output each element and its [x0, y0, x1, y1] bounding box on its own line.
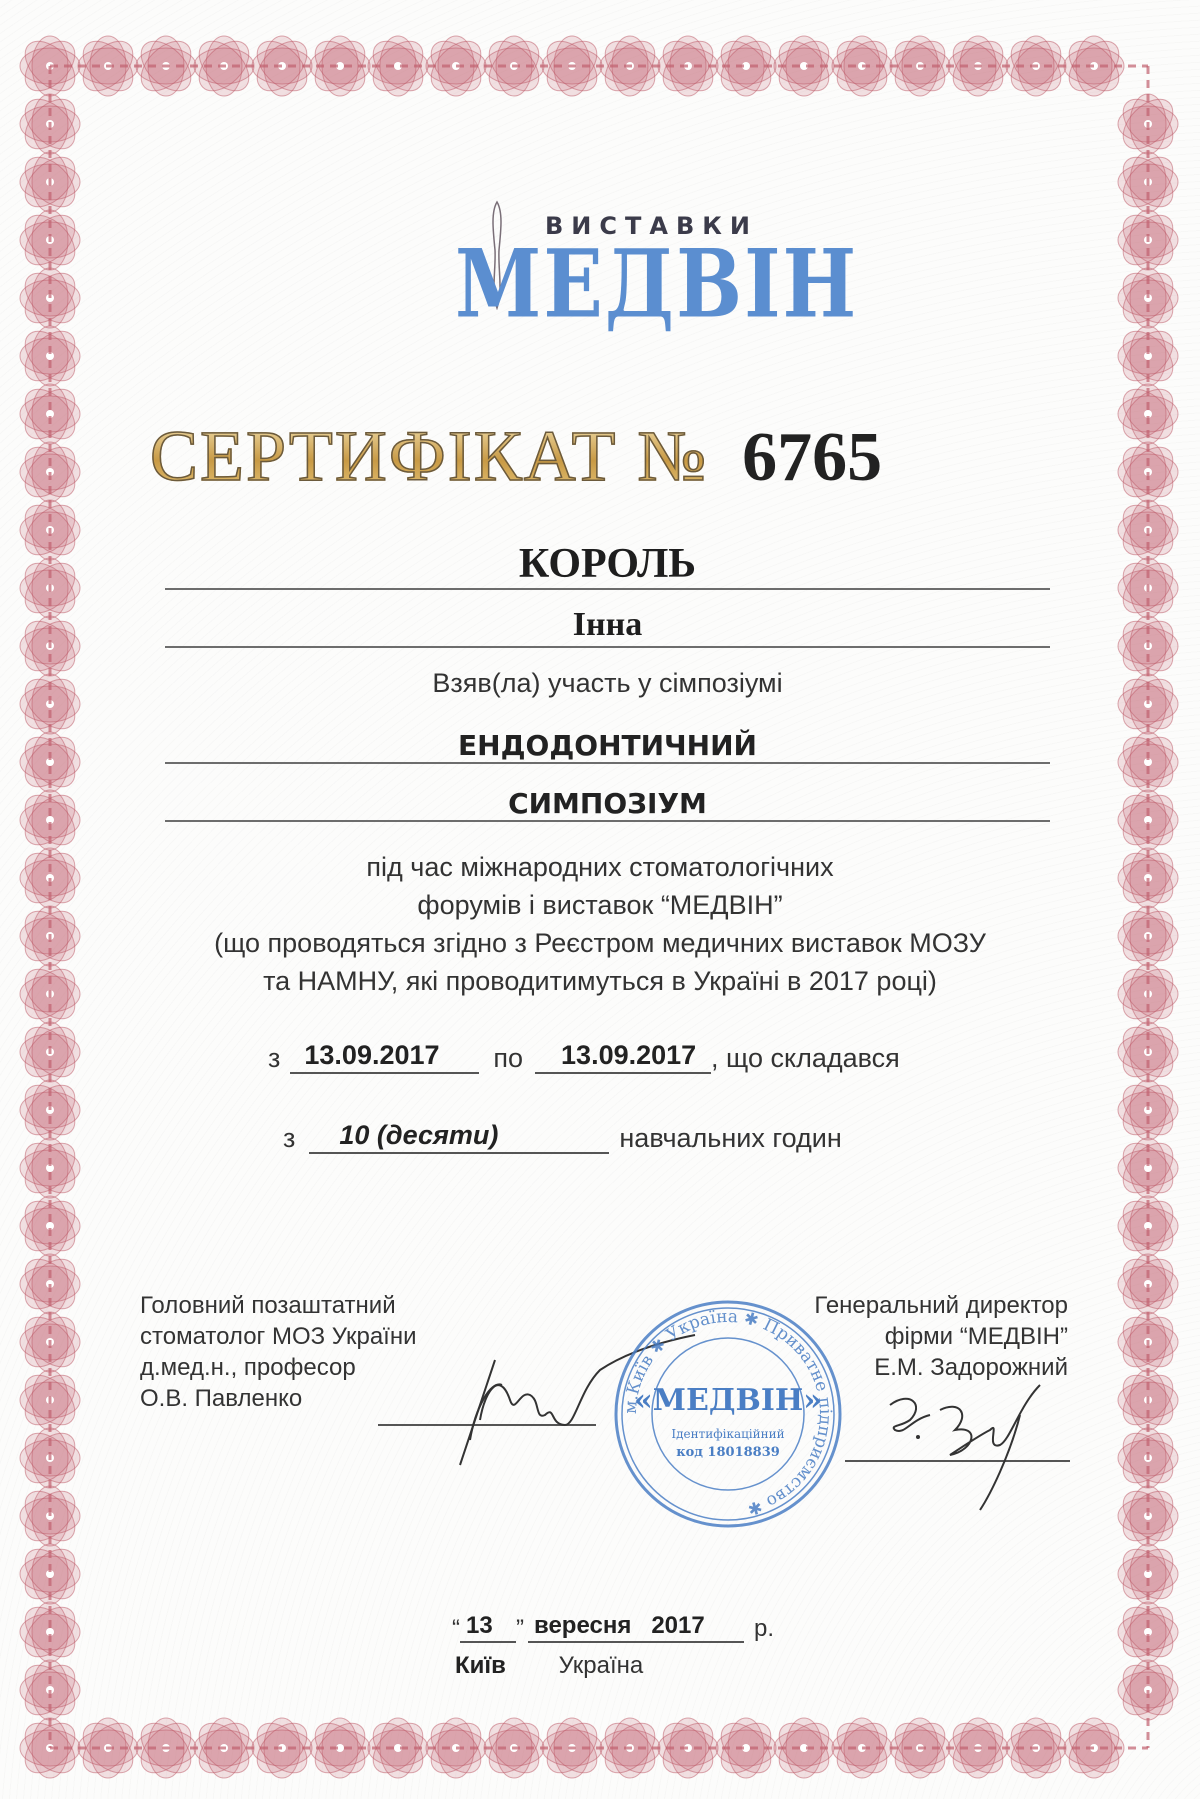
issue-city: Київ — [455, 1652, 506, 1679]
right-signatory: Генеральний директор фірми “МЕДВІН” Е.М.… — [814, 1290, 1068, 1383]
participation-intro: Взяв(ла) участь у сімпозіумі — [165, 668, 1050, 699]
recipient-surname: КОРОЛЬ — [165, 540, 1050, 590]
recipient-first-name: Інна — [165, 602, 1050, 648]
certificate-title-row: СЕРТИФІКАТ № 6765 — [150, 415, 1070, 498]
event-name-line2: СИМПОЗІУМ — [165, 786, 1050, 822]
left-signatory: Головний позаштатний стоматолог МОЗ Укра… — [140, 1290, 417, 1414]
stamp-id-label: Ідентифікаційний — [671, 1427, 784, 1441]
period-dates-row: з 13.09.2017 по 13.09.2017 , що складавс… — [268, 1040, 900, 1074]
hours-label: з — [283, 1123, 295, 1154]
medvin-logo: ВИСТАВКИ МЕДВІН — [455, 190, 755, 330]
right-signatory-line: фірми “МЕДВІН” — [814, 1321, 1068, 1352]
period-suffix: , що складався — [711, 1043, 900, 1074]
hours-value: 10 (десяти) — [309, 1120, 609, 1154]
logo-big-text: МЕДВІН — [455, 230, 858, 339]
certificate-number: 6765 — [742, 418, 882, 498]
issue-place: Київ Україна — [455, 1652, 643, 1680]
to-date: 13.09.2017 — [535, 1040, 711, 1074]
hours-suffix: навчальних годин — [619, 1123, 841, 1154]
issue-date-row: “ 13 ” вересня 2017 р. — [452, 1612, 774, 1643]
right-signature — [870, 1375, 1050, 1515]
left-signatory-line: д.мед.н., професор — [140, 1352, 417, 1383]
issue-country: Україна — [559, 1652, 644, 1679]
close-quote: ” — [516, 1615, 524, 1643]
stamp-center-text: «МЕДВІН» — [634, 1383, 822, 1418]
year-suffix: р. — [754, 1615, 774, 1643]
description-line: (що проводяться згідно з Реєстром медичн… — [130, 924, 1070, 962]
issue-day: 13 — [460, 1612, 516, 1643]
hours-row: з 10 (десяти) навчальних годин — [283, 1120, 842, 1154]
from-label: з — [268, 1043, 280, 1074]
from-date: 13.09.2017 — [290, 1040, 479, 1074]
right-signatory-line: Генеральний директор — [814, 1290, 1068, 1321]
certificate-title: СЕРТИФІКАТ № — [150, 415, 708, 498]
company-stamp: м.Київ ✱ Україна ✱ Приватне підприємство… — [612, 1298, 844, 1530]
description-line: форумів і виставок “МЕДВІН” — [130, 886, 1070, 924]
issue-month-year: вересня 2017 — [528, 1612, 744, 1643]
event-description: під час міжнародних стоматологічних фору… — [130, 848, 1070, 1000]
left-signatory-line: стоматолог МОЗ України — [140, 1321, 417, 1352]
stamp-id-code: код 18018839 — [676, 1445, 780, 1460]
event-name-line1: ЕНДОДОНТИЧНИЙ — [165, 728, 1050, 764]
left-signatory-name: О.В. Павленко — [140, 1383, 417, 1414]
to-label: по — [493, 1043, 523, 1074]
open-quote: “ — [452, 1615, 460, 1643]
left-signatory-line: Головний позаштатний — [140, 1290, 417, 1321]
description-line: під час міжнародних стоматологічних — [130, 848, 1070, 886]
description-line: та НАМНУ, які проводитимуться в Україні … — [130, 962, 1070, 1000]
